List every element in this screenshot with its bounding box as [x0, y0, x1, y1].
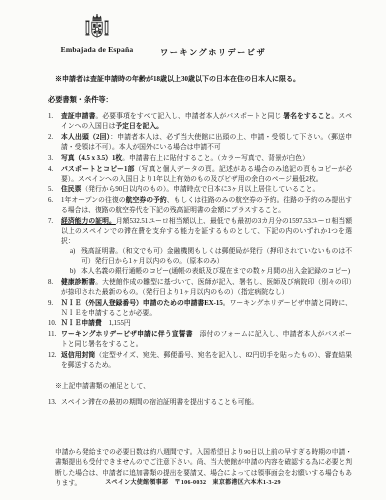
- requirement-body: ＮＩＥ（外国人登録番号）申請のための申請書EX-15。ワーキングホリデービザ申請…: [61, 299, 352, 319]
- supplement-note: ※上記申請書類の補足として、: [55, 380, 352, 390]
- requirement-text-bold: 本人出頭（2回）: [61, 134, 110, 141]
- document-title: ワーキングホリデービザ: [160, 47, 266, 58]
- requirement-text-bold: 航空券の予約: [126, 197, 167, 204]
- requirement-text-bold: ＮＩＥ申請費: [61, 320, 102, 327]
- requirement-text-bold: パスポートとコピー1部: [61, 166, 135, 173]
- subitem-label: b): [70, 267, 81, 277]
- requirement-body: 返信用封筒（定型サイズ、宛先、郵便番号、宛名を記入し、82円切手を貼ったもの）、…: [61, 351, 352, 371]
- requirement-number: 12.: [48, 351, 61, 361]
- requirement-item: 10.ＮＩＥ申請費 1,155円: [48, 319, 352, 329]
- requirement-text-bold: 署名をすること: [283, 113, 331, 120]
- requirement-text: 。申請書右上に貼付すること。（カラー写真で、背景が白色）: [122, 155, 309, 162]
- requirement-body: 住民票（発行から90日以内のもの）。申請時点で日本に3ヶ月以上居住していること。: [61, 185, 352, 195]
- requirement-body: スペイン滞在の最初の期間の宿泊証明書を提出することも可能。: [61, 398, 352, 408]
- requirement-number: 6.: [48, 196, 61, 206]
- requirement-item: 2.本人出頭（2回）：申請者本人は、必ず当大使館に出頭の上、申請・受領して下さい…: [48, 133, 352, 153]
- requirement-number: 9.: [48, 299, 61, 309]
- document-header: Embajada de España ワーキングホリデービザ: [48, 13, 352, 59]
- requirement-item: 5.住民票（発行から90日以内のもの）。申請時点で日本に3ヶ月以上居住しているこ…: [48, 185, 352, 195]
- requirement-text-bold: 住民票: [61, 186, 81, 193]
- requirement-number: 1.: [48, 112, 61, 122]
- supplement-list: 13.スペイン滞在の最初の期間の宿泊証明書を提出することも可能。: [48, 398, 352, 408]
- requirement-subitem: a)残高証明書。（和文でも可）金融機関もしくは郵便局が発行（押印されていないもの…: [70, 247, 352, 267]
- requirement-text-bold: 返信用封筒: [61, 352, 95, 359]
- requirement-text: （発行から90日以内のもの）。申請時点で日本に3ヶ月以上居住していること。: [81, 186, 319, 193]
- requirement-body: 査証申請書。必要事項をすべて記入し、申請者本人がパスポートと同じ 署名をすること…: [61, 112, 352, 132]
- requirement-number: 5.: [48, 185, 61, 195]
- requirement-text-bold: 写真（4.5 x 3.5）1枚: [61, 155, 122, 162]
- requirement-body: 健康診断書。大使館作成の雛型に基づいて、医師が記入、署名し、医師及び病院印（別々…: [61, 278, 352, 298]
- requirement-body: 経済能力の証明。月額532.51ユーロ相当額以上、最低でも最初の3カ月分の159…: [61, 217, 352, 247]
- requirement-text: 1年オープンの往復の: [61, 197, 126, 204]
- requirement-text: スペイン滞在の最初の期間の宿泊証明書を提出することも可能。: [61, 399, 258, 406]
- requirement-number: 13.: [48, 398, 61, 408]
- spain-coat-of-arms-icon: [84, 13, 110, 43]
- requirement-number: 8.: [48, 278, 61, 288]
- requirement-number: 7.: [48, 217, 61, 227]
- requirement-text-bold: ＮＩＥ（外国人登録番号）申請のための申請書EX-15: [61, 300, 223, 307]
- requirement-text: （定型サイズ、宛先、郵便番号、宛名を記入し、82円切手を貼ったもの）、審査結果を…: [61, 352, 352, 369]
- document-page: Embajada de España ワーキングホリデービザ ※申請者は査証申請…: [0, 0, 386, 500]
- requirement-item: 8.健康診断書。大使館作成の雛型に基づいて、医師が記入、署名し、医師及び病院印（…: [48, 278, 352, 298]
- requirements-list: 1.査証申請書。必要事項をすべて記入し、申請者本人がパスポートと同じ 署名をする…: [48, 112, 352, 371]
- requirement-number: 11.: [48, 330, 61, 340]
- requirement-item: 3.写真（4.5 x 3.5）1枚。申請書右上に貼付すること。（カラー写真で、背…: [48, 154, 352, 164]
- requirement-body: 写真（4.5 x 3.5）1枚。申請書右上に貼付すること。（カラー写真で、背景が…: [61, 154, 352, 164]
- requirement-body: パスポートとコピー1部（写真と個人データの頁。記述がある場合のみ追記の頁もコピー…: [61, 165, 352, 185]
- requirement-text-bold: 予定日を記入。: [115, 123, 163, 130]
- requirement-item: 13.スペイン滞在の最初の期間の宿泊証明書を提出することも可能。: [48, 398, 352, 408]
- requirement-item: 4.パスポートとコピー1部（写真と個人データの頁。記述がある場合のみ追記の頁もコ…: [48, 165, 352, 185]
- requirement-text-bold: ワーキングホリデービザ申請に伴う宣誓書: [61, 331, 193, 338]
- requirement-text: 残高証明書。（和文でも可）金融機関もしくは郵便局が発行（押印されていないものは不…: [81, 248, 352, 265]
- requirement-text: 1,155円: [102, 320, 131, 327]
- age-restriction-notice: ※申請者は査証申請時の年齢が18歳以上30歳以下の日本在住の日本人に限る。: [55, 74, 352, 84]
- subitem-text: 残高証明書。（和文でも可）金融機関もしくは郵便局が発行（押印されていないものは不…: [81, 247, 352, 267]
- requirement-item: 7.経済能力の証明。月額532.51ユーロ相当額以上、最低でも最初の3カ月分の1…: [48, 217, 352, 277]
- requirement-body: 1年オープンの往復の航空券の予約、もしくは往路のみの航空券の予約。往路の予約のみ…: [61, 196, 352, 216]
- requirement-item: 11.ワーキングホリデービザ申請に伴う宣誓書 添付のフォームに記入し、申請者本人…: [48, 330, 352, 350]
- requirement-body: 本人出頭（2回）：申請者本人は、必ず当大使館に出頭の上、申請・受領して下さい。（…: [61, 133, 352, 153]
- requirement-text-bold: 経済能力の証明。: [61, 218, 116, 225]
- requirement-item: 9.ＮＩＥ（外国人登録番号）申請のための申請書EX-15。ワーキングホリデービザ…: [48, 299, 352, 319]
- requirement-text: 本人名義の銀行通帳のコピー(通帳の表紙及び現在までの数ヶ月間の出入金記録のコピー…: [81, 268, 350, 275]
- requirement-subitem: b)本人名義の銀行通帳のコピー(通帳の表紙及び現在までの数ヶ月間の出入金記録のコ…: [70, 267, 352, 277]
- embassy-name: Embajada de España: [42, 45, 152, 54]
- requirement-text: 。大使館作成の雛型に基づいて、医師が記入、署名し、医師及び病院印（別々の印）が捺…: [61, 279, 352, 296]
- embassy-address-footer: スペイン大使館領事部 〒106-0032 東京都港区六本木1-3-29: [0, 477, 386, 486]
- requirement-item: 12.返信用封筒（定型サイズ、宛先、郵便番号、宛名を記入し、82円切手を貼ったも…: [48, 351, 352, 371]
- requirement-text: 。必要事項をすべて記入し、申請者本人がパスポートと同じ: [95, 113, 283, 120]
- embassy-brand: Embajada de España: [42, 13, 152, 54]
- subitem-text: 本人名義の銀行通帳のコピー(通帳の表紙及び現在までの数ヶ月間の出入金記録のコピー…: [81, 267, 352, 277]
- requirement-item: 6.1年オープンの往復の航空券の予約、もしくは往路のみの航空券の予約。往路の予約…: [48, 196, 352, 216]
- requirement-number: 4.: [48, 165, 61, 175]
- requirement-number: 2.: [48, 133, 61, 143]
- requirement-number: 3.: [48, 154, 61, 164]
- section-heading: 必要書類・条件等：: [48, 95, 352, 105]
- requirement-body: ＮＩＥ申請費 1,155円: [61, 319, 352, 329]
- requirement-text-bold: 健康診断書: [61, 279, 95, 286]
- requirement-body: ワーキングホリデービザ申請に伴う宣誓書 添付のフォームに記入し、申請者本人がパス…: [61, 330, 352, 350]
- requirement-number: 10.: [48, 319, 61, 329]
- subitem-label: a): [70, 247, 81, 267]
- requirement-item: 1.査証申請書。必要事項をすべて記入し、申請者本人がパスポートと同じ 署名をする…: [48, 112, 352, 132]
- requirement-text-bold: 査証申請書: [61, 113, 95, 120]
